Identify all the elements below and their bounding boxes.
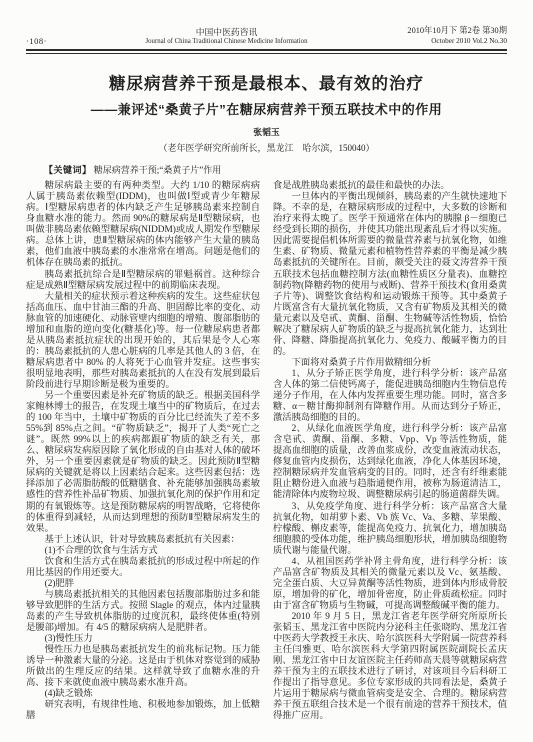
paragraph: (1)不合理的饮食与生活方式: [26, 546, 260, 557]
paragraph: (3)慢性压力: [26, 634, 260, 645]
paragraph: 糖尿病最主要的有两种类型。大约 1/10 的糖尿病病人属于胰岛素依赖型(IDDM…: [26, 181, 260, 269]
keywords-line: 【关键词】 糖尿病营养干预;“桑黄子片”作用: [26, 163, 507, 176]
left-column: 糖尿病最主要的有两种类型。大约 1/10 的糖尿病病人属于胰岛素依赖型(IDDM…: [26, 181, 260, 722]
paragraph: 研究表明，有规律性地、积极地参加锻炼，加上低糖膳: [26, 700, 260, 722]
paragraph: (2)肥胖: [26, 579, 260, 590]
keywords-text: 糖尿病营养干预;“桑黄子片”作用: [94, 165, 222, 175]
journal-title-block: 中国中医药咨讯 Journal of China Traditional Chi…: [96, 27, 357, 46]
paragraph: 2010 年 9 月 5 日，黑龙江省老年医学研究所原所长张韬玉、黑龙江省中医院…: [273, 612, 507, 722]
paragraph: 3、从免疫学角度、进行科学分析：该产品富含大量抗氧化物，如胡萝卜素、Vb 族 V…: [273, 502, 507, 557]
right-column: 食是战胜胰岛素抵抗的最佳和最快的办法。一旦体内的平衡出现倾斜，胰岛素的产生就快速…: [273, 181, 507, 722]
paragraph: 与胰岛素抵抗相关的其他因素包括腹部脂肪过多和能够导致肥胖的生活方式。按照 Sla…: [26, 590, 260, 634]
article-body: 糖尿病最主要的有两种类型。大约 1/10 的糖尿病病人属于胰岛素依赖型(IDDM…: [26, 181, 507, 722]
paragraph: 食是战胜胰岛素抵抗的最佳和最快的办法。: [273, 181, 507, 192]
paragraph: 1、从分子矫正医学角度，进行科学分析：该产品富含人体的第二信使钙离子，能促进胰岛…: [273, 369, 507, 424]
issue-info-block: 2010年10月下 第2卷 第30期 October 2010 Vol.2 No…: [357, 26, 507, 46]
paragraph: 2、从绿化血液医学角度，进行科学分析：该产品富含皂甙、黄酮、甾酮、多糖、Vpp、…: [273, 424, 507, 501]
paragraph: 基于上述认识，针对导致胰岛素抵抗有关因素：: [26, 535, 260, 546]
journal-page: ·108· 中国中医药咨讯 Journal of China Tradition…: [0, 0, 533, 742]
journal-header: ·108· 中国中医药咨讯 Journal of China Tradition…: [26, 26, 507, 46]
paragraph: 4、从祖国医药学补肾主骨角度，进行科学分析：该产品富含矿物质及其相关的微量元素以…: [273, 557, 507, 612]
page-number: ·108·: [26, 36, 96, 46]
journal-title-cn: 中国中医药咨讯: [96, 27, 357, 38]
paragraph: (4)缺乏锻炼: [26, 689, 260, 700]
header-rule: [26, 49, 507, 54]
article-title: 糖尿病营养干预是最根本、最有效的治疗: [26, 70, 507, 94]
paragraph: 慢性压力也是胰岛素抵抗发生的前兆标记物。压力能诱导一种激素大量的分泌。这是由于机…: [26, 645, 260, 689]
paragraph: 大量相关的症状预示着这种疾病的发生。这些症状包括高血压、血中甘油三酯的升高、胆固…: [26, 292, 260, 391]
paragraph: 一旦体内的平衡出现倾斜，胰岛素的产生就快速地下降。不幸的是，在糖尿病形成的过程中…: [273, 192, 507, 358]
paragraph: 下面将对桑黄子片作用做精细分析: [273, 358, 507, 369]
issue-info-cn: 2010年10月下 第2卷 第30期: [357, 26, 507, 37]
paragraph: 饮食和生活方式在胰岛素抵抗的形成过程中所起的作用比基因的作用还要大。: [26, 557, 260, 579]
paragraph: 胰岛素抵抗综合是Ⅱ型糖尿病的罪魁祸首。这种综合症是成熟Ⅱ型糖尿病发展过程中的前期…: [26, 270, 260, 292]
keywords-label: 【关键词】: [44, 165, 92, 175]
article-affiliation: （老年医学研究所前所长，黑龙江 哈尔滨，150040）: [26, 141, 507, 154]
paragraph: 另一个重要因素是补充矿物质的缺乏。根据美国科学家鲍林博士的报告，在发现土壤当中的…: [26, 391, 260, 535]
issue-info-en: October 2010 Vol.2 No.30: [357, 37, 507, 46]
journal-title-en: Journal of China Traditional Chinese Med…: [96, 38, 357, 46]
article-author: 张韬玉: [26, 125, 507, 138]
article-subtitle: ——兼评述“桑黄子片”在糖尿病营养干预五联技术中的作用: [26, 99, 507, 118]
